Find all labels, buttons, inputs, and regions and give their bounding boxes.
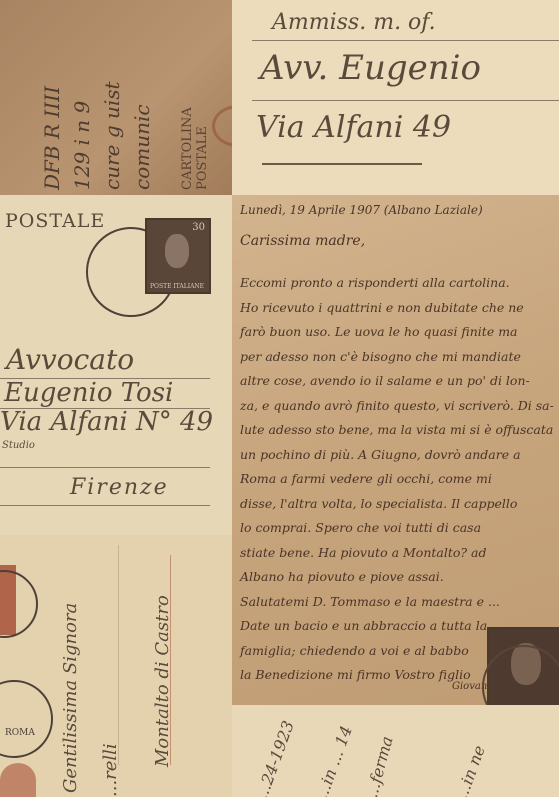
postcard-bottom-right: ...24-1923 ...in ... 14 ...ferma ...in n… [232, 705, 559, 797]
letter-line: per adesso non c'è bisogno che mi mandia… [240, 349, 521, 364]
letter-line: Date un bacio e un abbraccio a tutta la [240, 618, 487, 633]
letter-line: la Benedizione mi firmo Vostro figlio [240, 667, 471, 682]
crest-icon [212, 105, 232, 147]
letter-header: Lunedì, 19 Aprile 1907 (Albano Laziale) [240, 203, 483, 217]
handwriting-line: ...ferma [362, 734, 397, 797]
postcard-bottom-left: ROMA Gentilissima Signora ...relli Monta… [0, 535, 232, 797]
postmark-icon [0, 570, 38, 638]
address-line: Eugenio Tosi [4, 378, 173, 408]
postage-stamp: 30 POSTE ITALIANE [145, 218, 211, 294]
address-line: Ammiss. m. of. [272, 10, 436, 35]
letter-line: Roma a farmi vedere gli occhi, come mi [240, 471, 492, 486]
handwritten-letter: Lunedì, 19 Aprile 1907 (Albano Laziale) … [232, 195, 559, 705]
letter-line: altre cose, avendo io il salame e un po'… [240, 373, 530, 388]
address-line: Via Alfani 49 [256, 110, 451, 145]
letter-line: lo comprai. Spero che voi tutti di casa [240, 520, 481, 535]
portrait-icon [165, 234, 189, 268]
postcard-postale: POSTALE 30 POSTE ITALIANE Avvocato Eugen… [0, 195, 232, 535]
printed-cartolina: CARTOLINA POSTALE [180, 107, 210, 190]
letter-line: za, e quando avrò finito questo, vi scri… [240, 398, 554, 413]
address-line: Firenze [70, 475, 169, 500]
crest-icon [0, 763, 36, 797]
letter-line: Salutatemi D. Tommaso e la maestra e ... [240, 594, 500, 609]
handwriting-line: cure g uist [100, 81, 124, 190]
letter-line: disse, l'altra volta, lo specialista. Il… [240, 496, 517, 511]
letter-line: farò buon uso. Le uova le ho quasi finit… [240, 324, 518, 339]
letter-line: famiglia; chiedendo a voi e al babbo [240, 643, 469, 658]
letter-line: lute adesso sto bene, ma la vista mi si … [240, 422, 553, 437]
handwriting-line: comunic [130, 104, 154, 190]
printed-postale-label: POSTALE [5, 210, 105, 232]
letter-line: Eccomi pronto a risponderti alla cartoli… [240, 275, 510, 290]
address-line: Avvocato [6, 343, 134, 376]
letter-line: Albano ha piovuto e piove assai. [240, 569, 444, 584]
handwriting-line: ...24-1923 [252, 718, 298, 797]
address-line: Studio [2, 440, 35, 451]
postcard-top-left: DFB R IIII 129 i n 9 cure g uist comunic… [0, 0, 232, 195]
address-line: Avv. Eugenio [260, 48, 481, 88]
handwriting-line: ...in ne [452, 743, 489, 797]
address-line: Via Alfani N° 49 [0, 407, 213, 437]
handwriting-line: DFB R IIII [40, 86, 64, 190]
letter-line: stiate bene. Ha piovuto a Montalto? ad [240, 545, 487, 560]
address-line: Gentilissima Signora [60, 603, 81, 793]
letter-line: Ho ricevuto i quattrini e non dubitate c… [240, 300, 524, 315]
postcard-top-right: Ammiss. m. of. Avv. Eugenio Via Alfani 4… [232, 0, 559, 195]
letter-line: un pochino di più. A Giugno, dovrò andar… [240, 447, 521, 462]
letter-greeting: Carissima madre, [240, 233, 365, 249]
postmark-icon: ROMA [0, 680, 53, 758]
handwriting-line: 129 i n 9 [70, 101, 94, 190]
handwriting-line: ...in ... 14 [312, 723, 356, 797]
